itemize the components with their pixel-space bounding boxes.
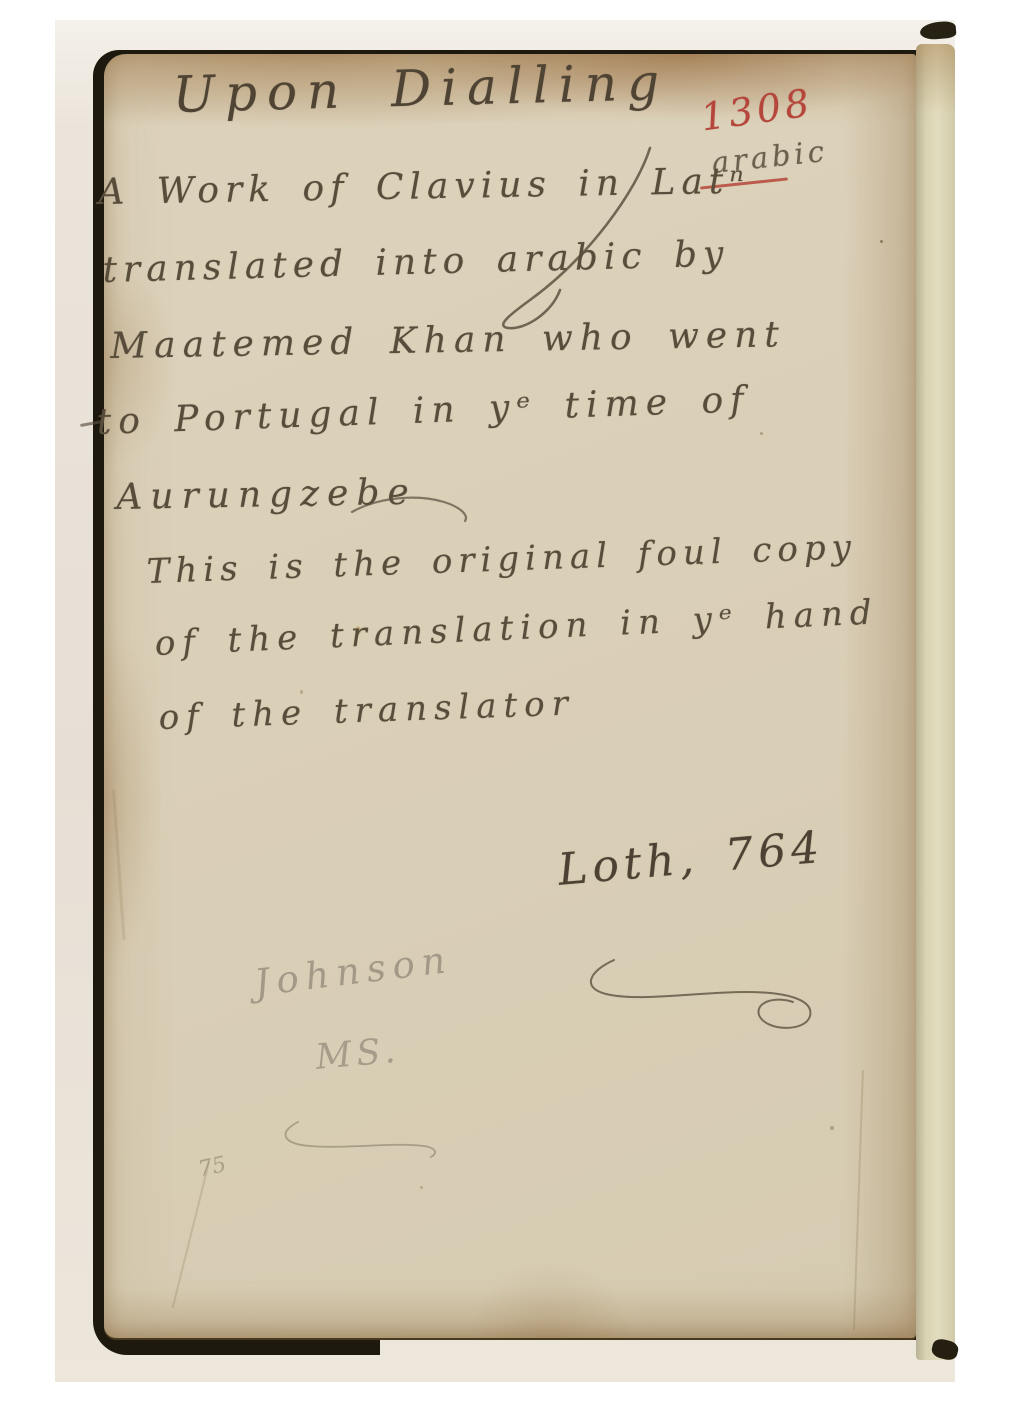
catalogue-flourish [578,948,823,1038]
page-bottom-shadow [380,1340,925,1364]
paper-speck [420,1186,423,1189]
manuscript-scan: Upon Dialling 1308 arabic A Work of Clav… [0,0,1011,1414]
paper-speck [880,240,883,243]
collection-mark: MS. [314,1031,402,1078]
aurungzebe-flourish [348,492,473,528]
paper-speck [760,432,763,435]
paper-speck [830,1126,834,1130]
collection-mark-flourish [276,1112,446,1160]
book-fore-edge [916,44,955,1360]
